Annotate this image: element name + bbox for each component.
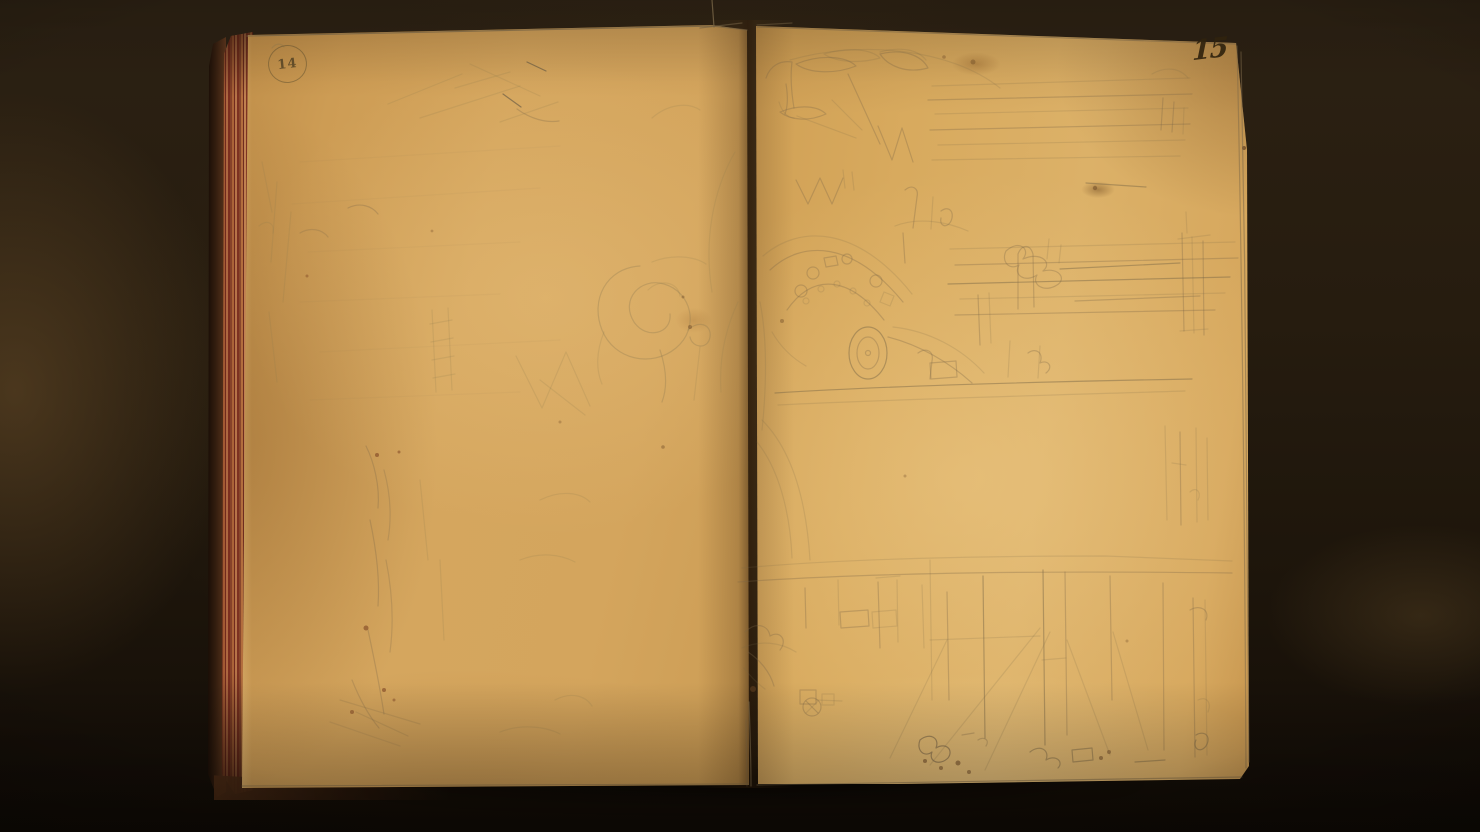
photograph: 14 15	[0, 0, 1480, 832]
left-page	[238, 20, 750, 790]
right-page	[752, 22, 1250, 784]
folio-number: 15	[1192, 32, 1228, 68]
stamp-number: 14	[277, 55, 299, 72]
